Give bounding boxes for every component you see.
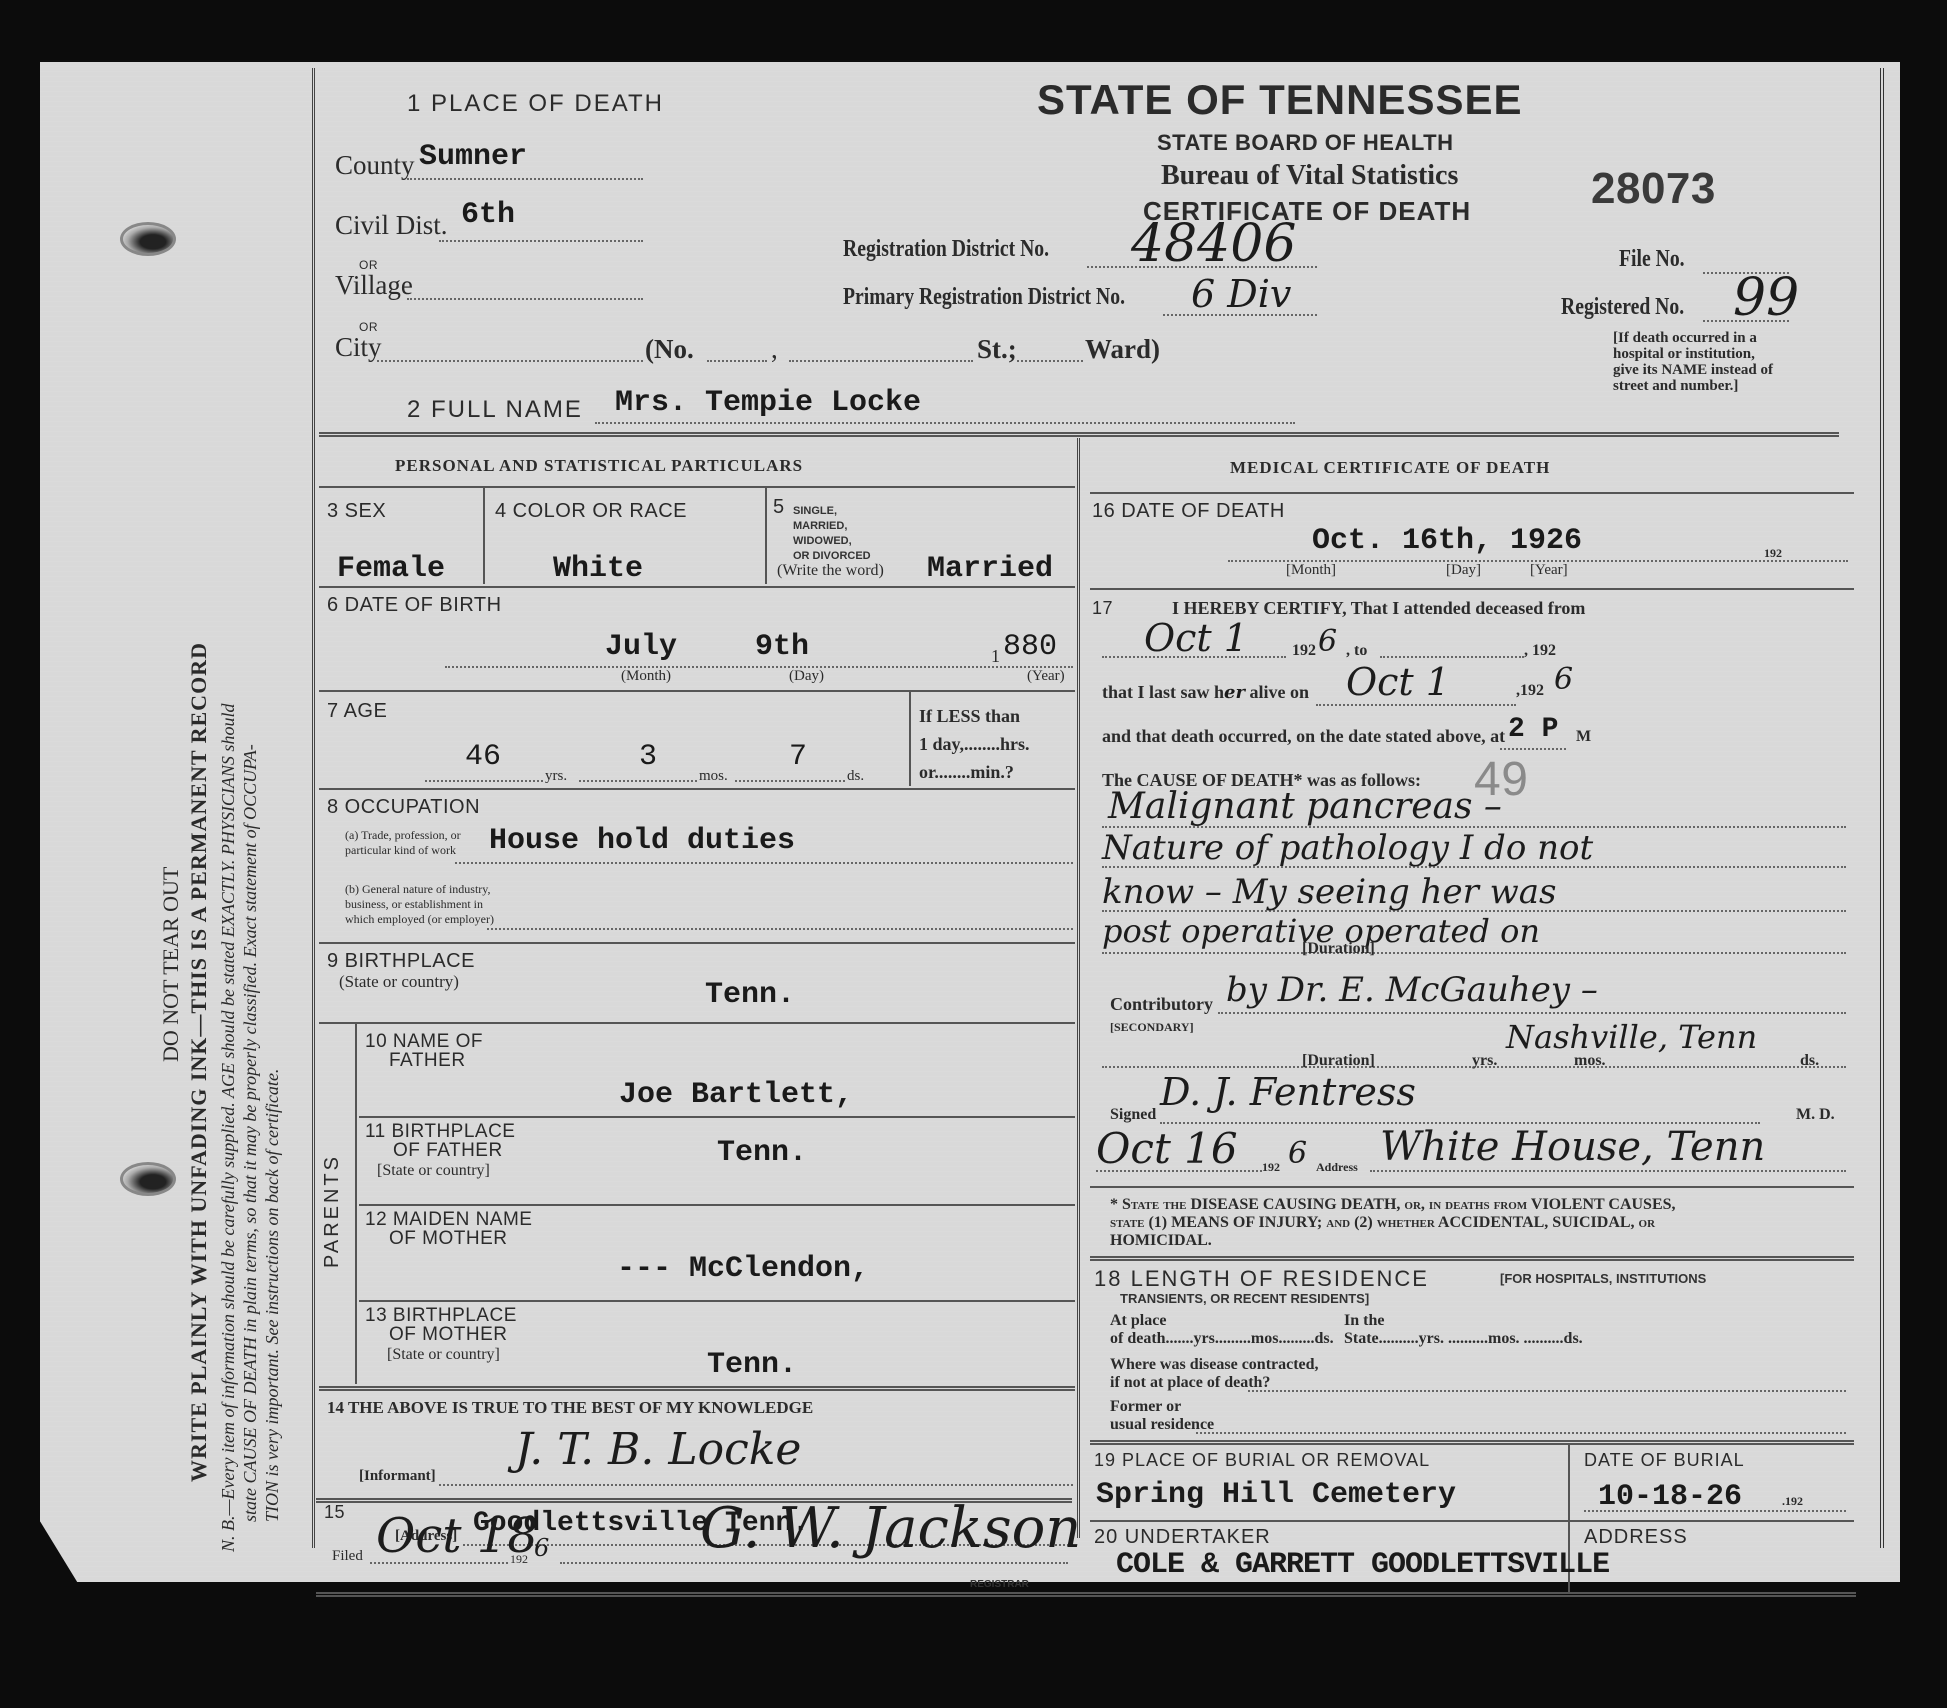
parents-divider xyxy=(355,1024,357,1384)
marital-hint: (Write the word) xyxy=(777,562,884,580)
age-days-line xyxy=(735,780,845,782)
duration2-label: [Duration] xyxy=(1302,1052,1375,1070)
death-time-line xyxy=(1500,748,1566,750)
registrar-line xyxy=(560,1562,1068,1564)
medical-title-rule xyxy=(1090,492,1854,494)
occupation-b-line xyxy=(487,928,1073,930)
age-label: 7 AGE xyxy=(327,700,387,723)
undertaker-label: 20 UNDERTAKER xyxy=(1094,1526,1271,1549)
cause-text-line-3: know – My seeing her was xyxy=(1102,872,1556,912)
row-rule-4 xyxy=(319,942,1075,944)
medical-rule-1 xyxy=(1090,588,1854,590)
at-place-of-death: At place of death.......yrs.........mos.… xyxy=(1110,1312,1334,1348)
age-days-unit: ds. xyxy=(847,768,864,785)
birthplace-label: 9 BIRTHPLACE xyxy=(327,950,475,973)
column-divider xyxy=(1077,438,1083,1538)
row-rule-9 xyxy=(319,1386,1075,1391)
residence-label: 18 LENGTH OF RESIDENCE xyxy=(1094,1266,1429,1292)
cause-text-line-2: Nature of pathology I do not xyxy=(1102,828,1593,868)
sex-label: 3 SEX xyxy=(327,500,386,523)
death-certificate-form: 1 PLACE OF DEATH County Sumner Civil Dis… xyxy=(312,68,1884,1548)
burial-place-label: 19 PLACE OF BURIAL OR REMOVAL xyxy=(1094,1450,1430,1471)
disease-contracted: Where was disease contracted, if not at … xyxy=(1110,1356,1319,1392)
age-years: 46 xyxy=(465,740,501,774)
personal-title-rule xyxy=(319,486,1075,488)
dob-month: July xyxy=(605,630,677,664)
full-name-value: Mrs. Tempie Locke xyxy=(615,386,921,420)
mother-maiden-label: 12 MAIDEN NAME OF MOTHER xyxy=(365,1210,532,1248)
death-time-value: 2 P xyxy=(1508,714,1558,745)
informant-statement: 14 THE ABOVE IS TRUE TO THE BEST OF MY K… xyxy=(327,1398,813,1418)
mother-birthplace-caption: [State or country] xyxy=(387,1346,500,1364)
full-name-label: 2 FULL NAME xyxy=(407,396,583,424)
dob-year-prefix: 1 xyxy=(991,646,1000,667)
village-line xyxy=(407,298,643,300)
mother-maiden-value: --- McClendon, xyxy=(617,1252,869,1286)
ward-label: Ward) xyxy=(1085,334,1160,365)
civil-dist-value: 6th xyxy=(461,198,515,232)
former-residence-line xyxy=(1196,1432,1846,1434)
registrar-label: REGISTRAR xyxy=(970,1578,1029,1592)
filed-year-prefix: 192 xyxy=(510,1552,528,1567)
dob-label: 6 DATE OF BIRTH xyxy=(327,594,502,617)
dob-day: 9th xyxy=(755,630,809,664)
last-saw-line xyxy=(1316,704,1516,706)
dod-month-caption: [Month] xyxy=(1286,562,1336,579)
informant-line xyxy=(439,1484,1073,1486)
physician-signature: D. J. Fentress xyxy=(1160,1070,1416,1114)
cause-line-4 xyxy=(1102,952,1846,954)
marital-options: SINGLE, MARRIED, WIDOWED, OR DIVORCED xyxy=(793,504,871,564)
signed-year: 6 xyxy=(1288,1136,1307,1171)
cause-text-line-1: Malignant pancreas – xyxy=(1108,786,1502,827)
last-saw-year: 6 xyxy=(1554,662,1573,697)
personal-section-title: PERSONAL AND STATISTICAL PARTICULARS xyxy=(395,456,803,476)
contributory-label: Contributory xyxy=(1110,994,1213,1015)
registration-district-value: 48406 xyxy=(1131,214,1296,274)
marital-status-value: Married xyxy=(927,552,1053,586)
county-line xyxy=(407,178,643,180)
board-of-health: STATE BOARD OF HEALTH xyxy=(1157,130,1453,156)
age-months-unit: mos. xyxy=(699,768,728,785)
city-line xyxy=(377,360,643,362)
medical-section-title: MEDICAL CERTIFICATE OF DEATH xyxy=(1230,458,1550,478)
attended-to-year-prefix: , 192 xyxy=(1524,642,1556,660)
father-name-label: 10 NAME OF FATHER xyxy=(365,1032,483,1070)
punch-hole-top-icon xyxy=(120,222,176,256)
birthplace-caption: (State or country) xyxy=(339,972,459,992)
informant-label: [Informant] xyxy=(359,1468,436,1485)
burial-place-value: Spring Hill Cemetery xyxy=(1096,1478,1456,1512)
age-months: 3 xyxy=(639,740,657,774)
dob-year-caption: (Year) xyxy=(1027,668,1065,685)
occupation-b-caption: (b) General nature of industry, business… xyxy=(345,882,494,927)
attended-from-year: 6 xyxy=(1318,624,1337,659)
civil-dist-line xyxy=(439,240,643,242)
dod-day-caption: [Day] xyxy=(1446,562,1481,579)
signed-date: Oct 16 xyxy=(1096,1124,1238,1173)
contributory-text-line-1: by Dr. E. McGauhey – xyxy=(1226,970,1598,1010)
cause-footnote: * State the DISEASE CAUSING DEATH, or, i… xyxy=(1110,1196,1676,1250)
registered-no-value: 99 xyxy=(1733,268,1799,328)
age-days: 7 xyxy=(789,740,807,774)
full-name-line xyxy=(595,422,1295,424)
death-time-suffix: M xyxy=(1576,728,1591,746)
dob-line xyxy=(445,666,1073,668)
header-divider xyxy=(319,432,1839,437)
undertaker-value: COLE & GARRETT GOODLETTSVILLE xyxy=(1116,1548,1609,1582)
row-rule-3 xyxy=(319,788,1075,790)
duration-label: [Duration] xyxy=(1302,940,1375,958)
mother-birthplace-value: Tenn. xyxy=(707,1348,797,1382)
registration-district-label: Registration District No. xyxy=(843,236,1049,263)
row-rule-2 xyxy=(319,690,1075,692)
secondary-label: [SECONDARY] xyxy=(1110,1020,1194,1035)
filed-year: 6 xyxy=(534,1534,549,1562)
signed-address: White House, Tenn xyxy=(1380,1124,1765,1170)
duration2-mos: mos. xyxy=(1574,1052,1606,1070)
registered-no-label: Registered No. xyxy=(1561,294,1684,321)
medical-rule-5 xyxy=(1090,1520,1854,1522)
sex-value: Female xyxy=(337,552,445,586)
former-residence: Former or usual residence xyxy=(1110,1398,1214,1434)
street-no-label: (No. xyxy=(645,334,694,365)
file-no-label: File No. xyxy=(1619,246,1685,273)
do-not-tear-notice: DO NOT TEAR OUT xyxy=(158,867,184,1062)
duration2-ds: ds. xyxy=(1800,1052,1819,1070)
burial-date-value: 10-18-26 xyxy=(1598,1480,1742,1514)
attended-from: Oct 1 xyxy=(1144,616,1248,660)
marital-number: 5 xyxy=(773,496,785,519)
contributory-text-line-2: Nashville, Tenn xyxy=(1506,1018,1757,1056)
last-saw-date: Oct 1 xyxy=(1346,660,1450,704)
county-value: Sumner xyxy=(419,140,527,174)
less-than-day: If LESS than 1 day,........hrs. or......… xyxy=(919,702,1030,786)
street-line xyxy=(789,360,973,362)
burial-date-label: DATE OF BURIAL xyxy=(1584,1450,1745,1471)
race-value: White xyxy=(553,552,643,586)
row-rule-7 xyxy=(359,1204,1075,1206)
county-label: County xyxy=(335,150,415,181)
bureau-title: Bureau of Vital Statistics xyxy=(1161,160,1458,192)
row-rule-6 xyxy=(359,1116,1075,1118)
medical-rule-3 xyxy=(1090,1256,1854,1261)
bottom-rule xyxy=(316,1592,1856,1597)
signed-address-line xyxy=(1370,1170,1846,1172)
mother-birthplace-label: 13 BIRTHPLACE OF MOTHER xyxy=(365,1306,517,1344)
sex-divider xyxy=(483,488,485,584)
street-label: St.; xyxy=(977,334,1017,365)
md-label: M. D. xyxy=(1796,1106,1835,1124)
residence-note-line1: [FOR HOSPITALS, INSTITUTIONS xyxy=(1500,1272,1706,1286)
place-of-death-title: 1 PLACE OF DEATH xyxy=(407,90,664,118)
race-label: 4 COLOR OR RACE xyxy=(495,500,687,523)
signed-label: Signed xyxy=(1110,1106,1156,1124)
filed-number: 15 xyxy=(324,1502,345,1523)
filed-label: Filed xyxy=(332,1548,363,1565)
dob-year: 880 xyxy=(1003,630,1057,664)
punch-hole-bottom-icon xyxy=(120,1162,176,1196)
hospital-note: [If death occurred in a hospital or inst… xyxy=(1613,330,1773,394)
village-label: Village xyxy=(335,270,413,301)
row-rule-8 xyxy=(359,1300,1075,1302)
attended-to-label: , to xyxy=(1346,642,1367,660)
dod-year-prefix: 192 xyxy=(1764,546,1782,561)
occupation-label: 8 OCCUPATION xyxy=(327,796,480,819)
age-divider xyxy=(909,692,911,786)
dob-day-caption: (Day) xyxy=(789,668,824,685)
medical-rule-2 xyxy=(1090,1186,1854,1188)
residence-note-line2: TRANSIENTS, OR RECENT RESIDENTS] xyxy=(1120,1292,1369,1306)
father-birthplace-value: Tenn. xyxy=(717,1136,807,1170)
nb-instructions-line1: N. B.—Every item of information should b… xyxy=(218,704,239,1552)
informant-signature: J. T. B. Locke xyxy=(515,1424,801,1475)
age-years-line xyxy=(425,780,543,782)
age-years-unit: yrs. xyxy=(545,768,567,785)
death-time-text: and that death occurred, on the date sta… xyxy=(1102,726,1505,747)
attended-to-line xyxy=(1380,656,1524,658)
civil-dist-label: Civil Dist. xyxy=(335,210,448,241)
dod-year-caption: [Year] xyxy=(1530,562,1568,579)
father-birthplace-label: 11 BIRTHPLACE OF FATHER xyxy=(365,1122,515,1160)
row-rule-5 xyxy=(319,1022,1075,1024)
primary-registration-value: 6 Div xyxy=(1191,272,1291,316)
father-name-value: Joe Bartlett, xyxy=(619,1078,853,1112)
last-saw-year-prefix: ,192 xyxy=(1516,682,1544,700)
duration2-yrs: yrs. xyxy=(1472,1052,1497,1070)
street-no-line xyxy=(707,360,767,362)
nb-instructions-line2: state CAUSE OF DEATH in plain terms, so … xyxy=(240,744,261,1522)
signed-year-prefix: 192 xyxy=(1262,1160,1280,1175)
state-title: STATE OF TENNESSEE xyxy=(1037,76,1523,124)
margin-strip: DO NOT TEAR OUT WRITE PLAINLY WITH UNFAD… xyxy=(40,62,310,1582)
medical-rule-4 xyxy=(1090,1440,1854,1445)
primary-registration-label: Primary Registration District No. xyxy=(843,284,1125,311)
write-plainly-notice: WRITE PLAINLY WITH UNFADING INK—THIS IS … xyxy=(186,642,212,1482)
row-rule-1 xyxy=(319,586,1075,588)
occupation-a-caption: (a) Trade, profession, or particular kin… xyxy=(345,828,461,858)
burial-date-suffix: .192 xyxy=(1782,1494,1803,1509)
certificate-stamp-number: 28073 xyxy=(1591,164,1716,214)
age-months-line xyxy=(579,780,697,782)
nb-instructions-line3: TION is very important. See instructions… xyxy=(262,1069,283,1522)
attended-from-year-prefix: 192 xyxy=(1292,642,1316,660)
parents-label: PARENTS xyxy=(321,1154,344,1268)
father-birthplace-caption: [State or country] xyxy=(377,1162,490,1180)
certify-number: 17 xyxy=(1092,598,1113,619)
in-the-state: In the State..........yrs. ..........mos… xyxy=(1344,1312,1583,1348)
ward-line xyxy=(1017,360,1083,362)
race-divider xyxy=(765,488,767,584)
city-label: City xyxy=(335,332,382,363)
undertaker-address-label: ADDRESS xyxy=(1584,1526,1688,1549)
contributory-line xyxy=(1218,1012,1846,1014)
dod-label: 16 DATE OF DEATH xyxy=(1092,500,1285,523)
signed-address-label: Address xyxy=(1316,1160,1358,1175)
birthplace-value: Tenn. xyxy=(705,978,795,1012)
last-saw-text: that I last saw her alive on xyxy=(1102,682,1309,703)
contracted-line xyxy=(1248,1390,1846,1392)
dob-month-caption: (Month) xyxy=(621,668,671,685)
dod-value: Oct. 16th, 1926 xyxy=(1312,524,1582,558)
occupation-a-value: House hold duties xyxy=(489,824,795,858)
registrar-signature: G. W. Jackson xyxy=(700,1496,1081,1561)
street-comma: , xyxy=(771,334,778,365)
occupation-a-line xyxy=(455,862,1073,864)
